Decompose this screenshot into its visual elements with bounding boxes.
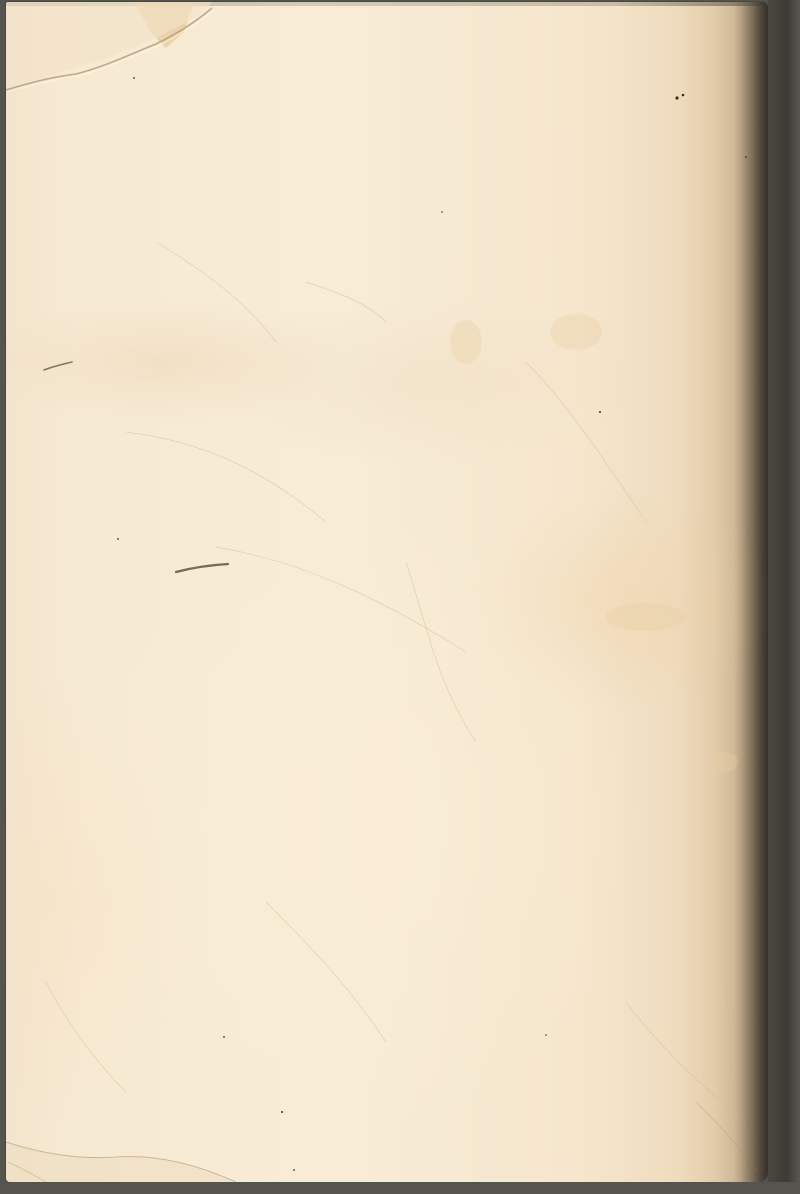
torn-corner-flap — [6, 2, 212, 90]
book-back-cover — [6, 2, 768, 1182]
scanned-page — [0, 0, 800, 1194]
scuff-mark — [44, 362, 72, 370]
scuff-mark — [176, 564, 228, 572]
spine-shadow — [734, 2, 768, 1182]
scanner-border-bottom — [0, 1182, 800, 1194]
cover-top-edge — [6, 2, 768, 6]
tear-crease — [6, 8, 212, 90]
top-stain — [134, 2, 194, 48]
scanner-border-right — [768, 0, 800, 1194]
curled-corner — [6, 1142, 236, 1182]
paper-wear-marks — [6, 2, 768, 1182]
